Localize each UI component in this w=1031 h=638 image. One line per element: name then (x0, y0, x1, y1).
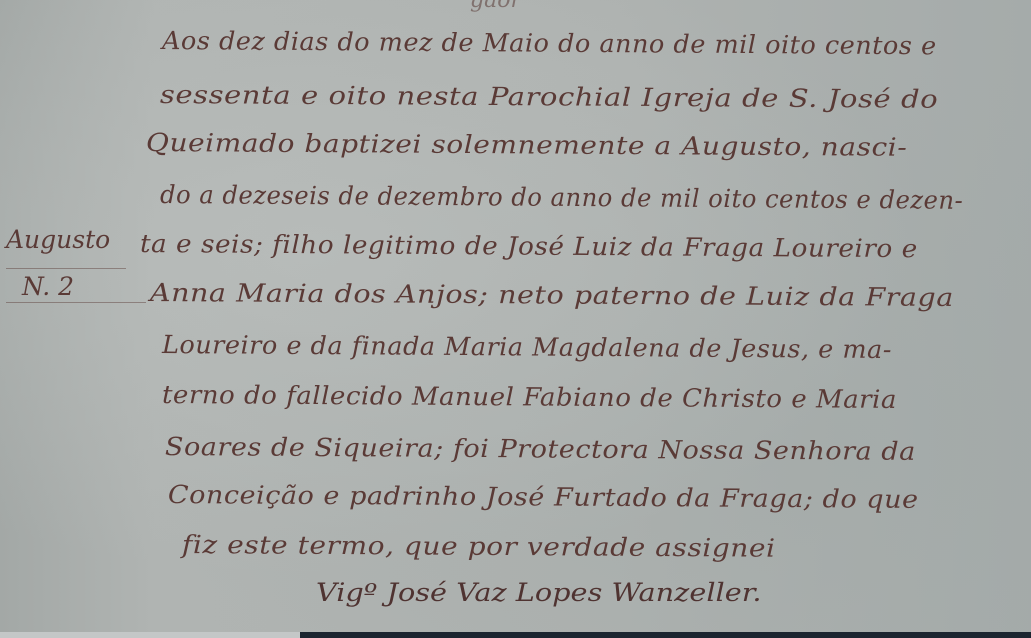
margin-note-number: N. 2 (22, 272, 74, 301)
record-line-8: terno do fallecido Manuel Fabiano de Chr… (162, 380, 897, 414)
record-line-9: Soares de Siqueira; foi Protectora Nossa… (165, 432, 916, 466)
record-line-3: Queimado baptizei solemnemente a Augusto… (146, 128, 908, 162)
record-line-6: Anna Maria dos Anjos; neto paterno de Lu… (150, 278, 954, 312)
priest-signature: Vigº José Vaz Lopes Wanzeller. (316, 578, 762, 607)
manuscript-page: gaor Augusto N. 2 Aos dez dias do mez de… (0, 0, 1031, 632)
record-line-7: Loureiro e da finada Maria Magdalena de … (162, 330, 892, 364)
record-line-4: do a dezeseis de dezembro do anno de mil… (160, 180, 963, 215)
record-line-10: Conceição e padrinho José Furtado da Fra… (168, 480, 919, 514)
margin-rule-top (6, 268, 126, 269)
margin-note-name: Augusto (6, 225, 110, 254)
record-line-11: fiz este termo, que por verdade assignei (182, 530, 776, 563)
record-line-2: sessenta e oito nesta Parochial Igreja d… (160, 80, 938, 114)
bottom-border-light (0, 632, 300, 638)
record-line-1: Aos dez dias do mez de Maio do anno de m… (162, 26, 937, 60)
bottom-border-dark (300, 632, 1031, 638)
record-line-5: ta e seis; filho legitimo de José Luiz d… (140, 229, 918, 263)
previous-entry-fragment: gaor (470, 0, 521, 13)
margin-rule-bottom (6, 302, 146, 303)
